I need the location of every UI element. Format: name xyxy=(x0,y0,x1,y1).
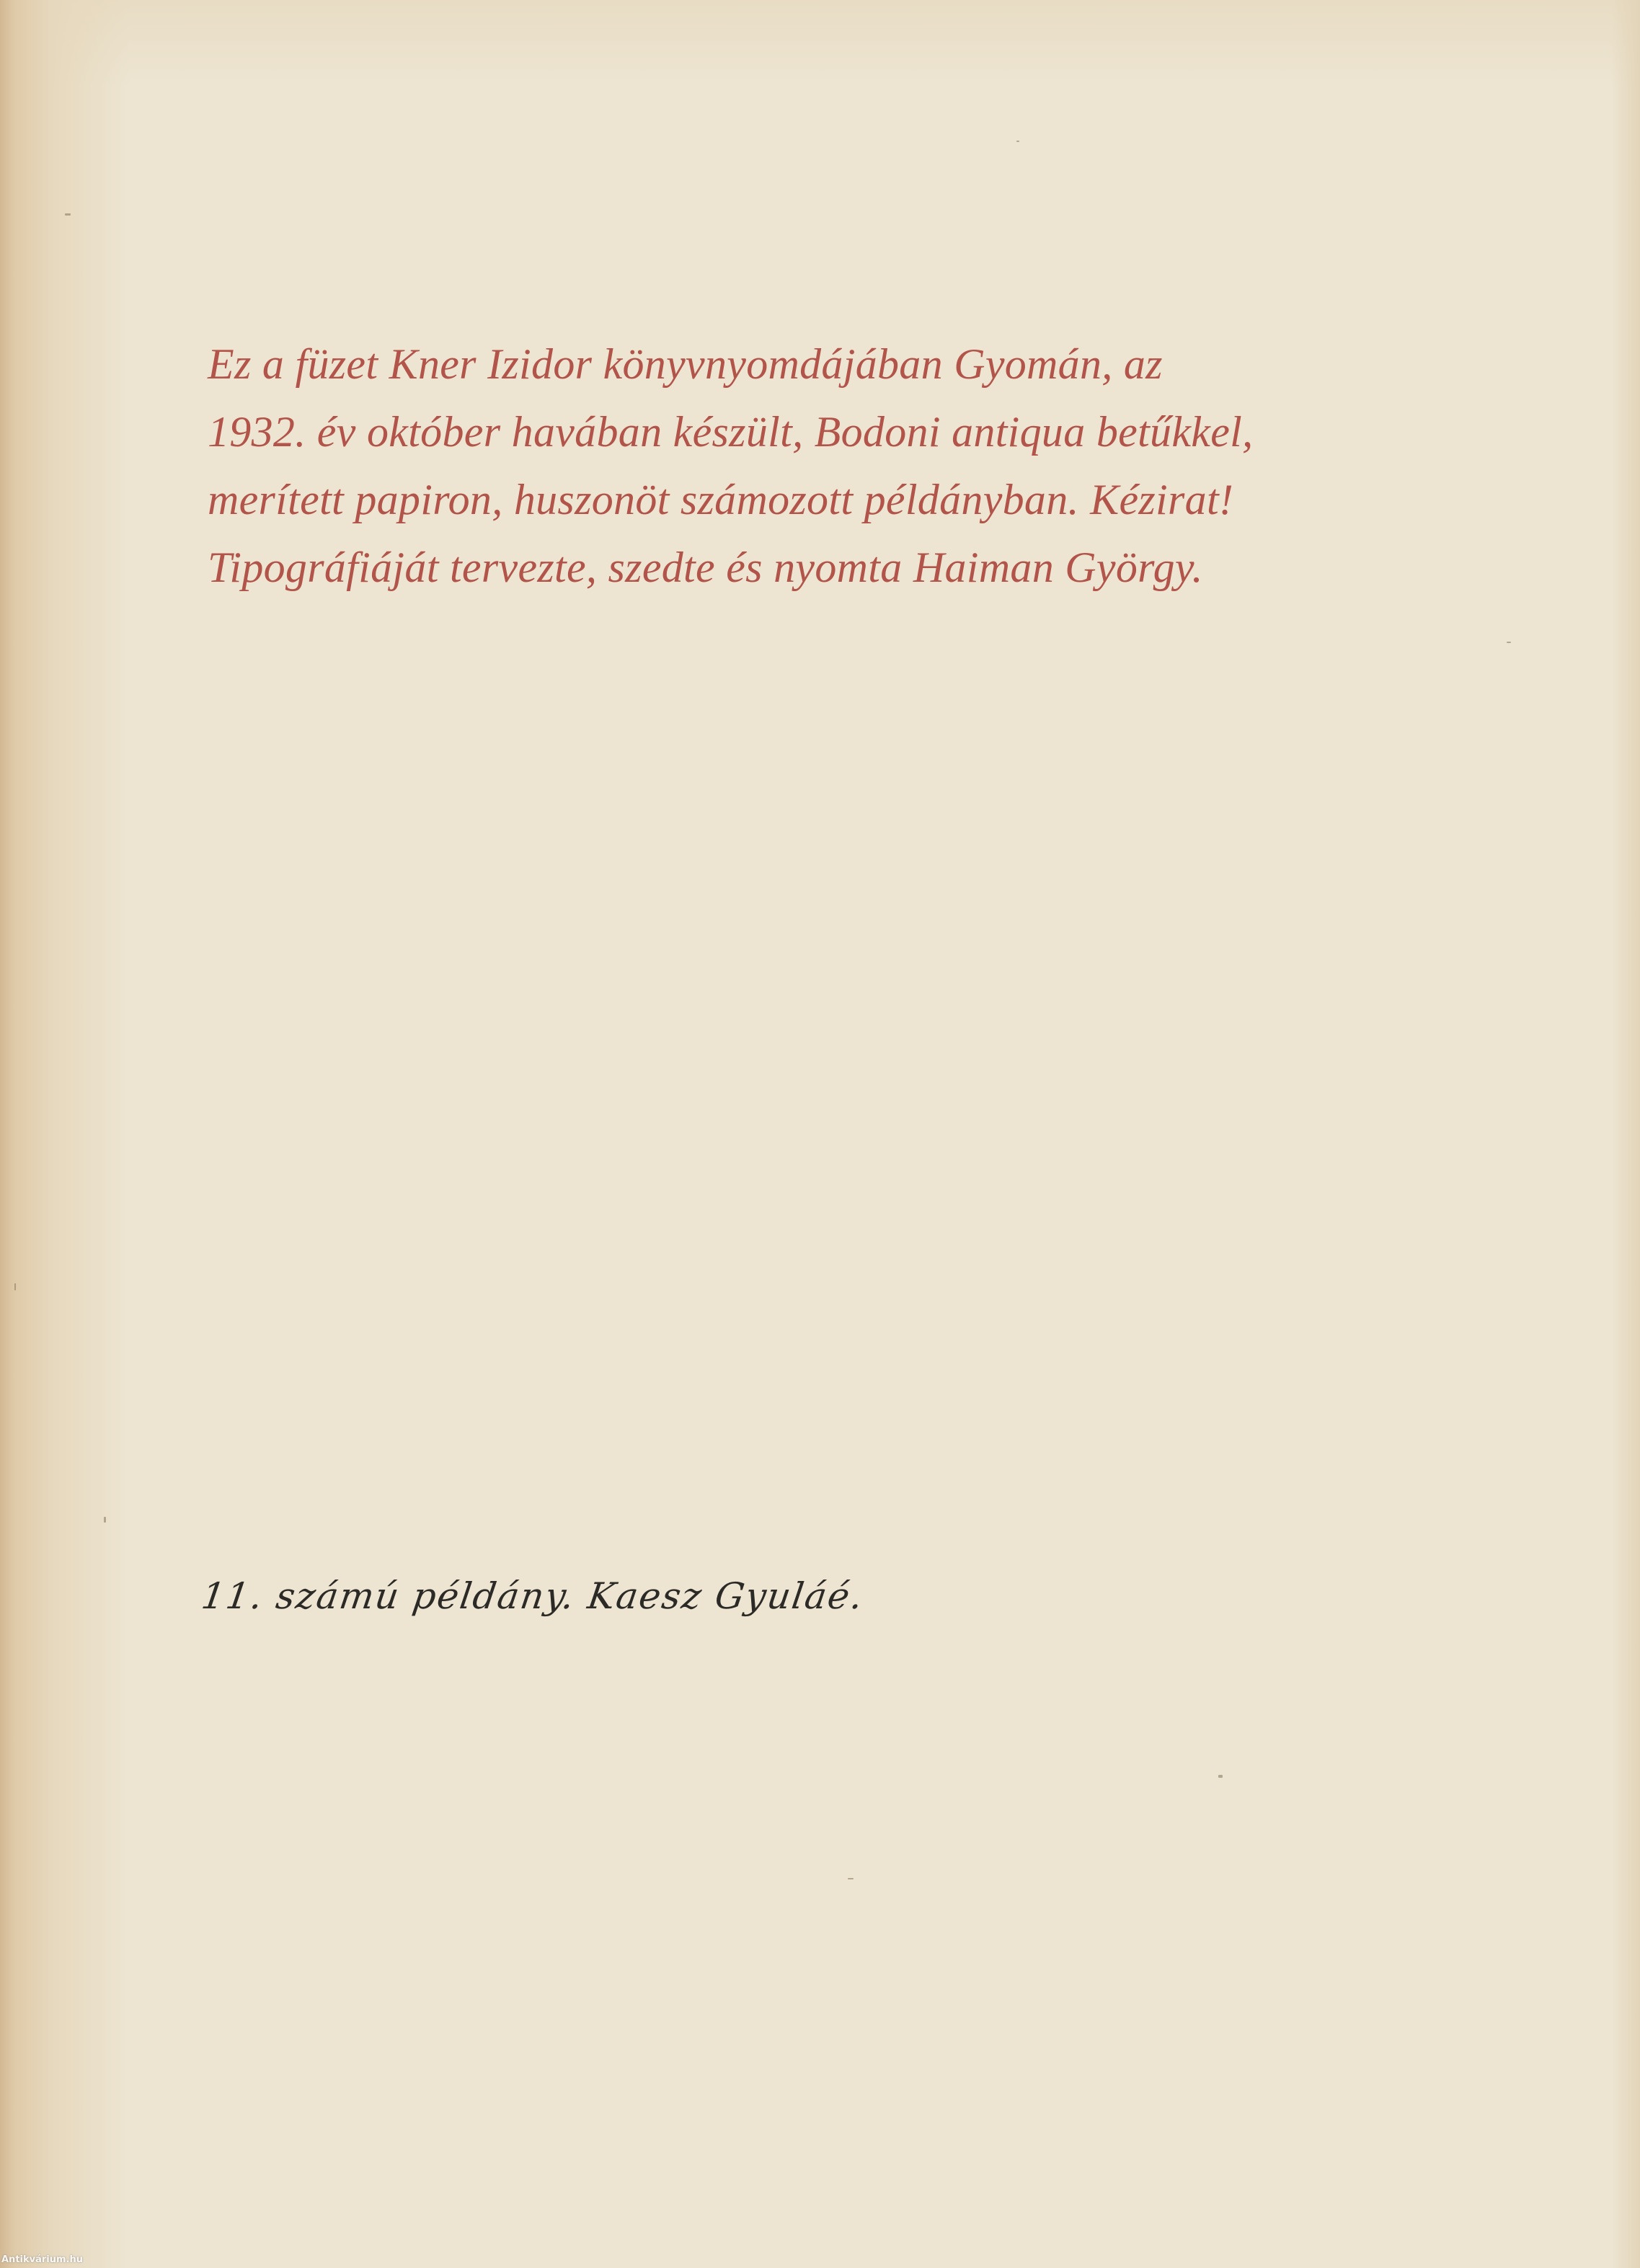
paper-speck xyxy=(848,1878,854,1879)
paper-speck xyxy=(1016,141,1019,142)
paper-speck xyxy=(1507,642,1511,643)
paper-speck xyxy=(1218,1775,1223,1778)
colophon-line-2: 1932. év október havában készült, Bodoni… xyxy=(208,398,1260,466)
colophon-line-3: merített papiron, huszonöt számozott pél… xyxy=(208,466,1260,533)
paper-speck xyxy=(104,1517,106,1523)
colophon-line-4: Tipográfiáját tervezte, szedte és nyomta… xyxy=(208,533,1260,601)
colophon-text: Ez a füzet Kner Izidor könyvnyomdájában … xyxy=(208,330,1260,601)
watermark: Antikvárium.hu xyxy=(1,2254,83,2265)
paper-speck xyxy=(14,1283,16,1290)
handwritten-copy-number: 11. számú példány. Kaesz Gyuláé. xyxy=(199,1575,866,1617)
colophon-line-1: Ez a füzet Kner Izidor könyvnyomdájában … xyxy=(208,330,1260,398)
paper-speck xyxy=(65,213,71,216)
